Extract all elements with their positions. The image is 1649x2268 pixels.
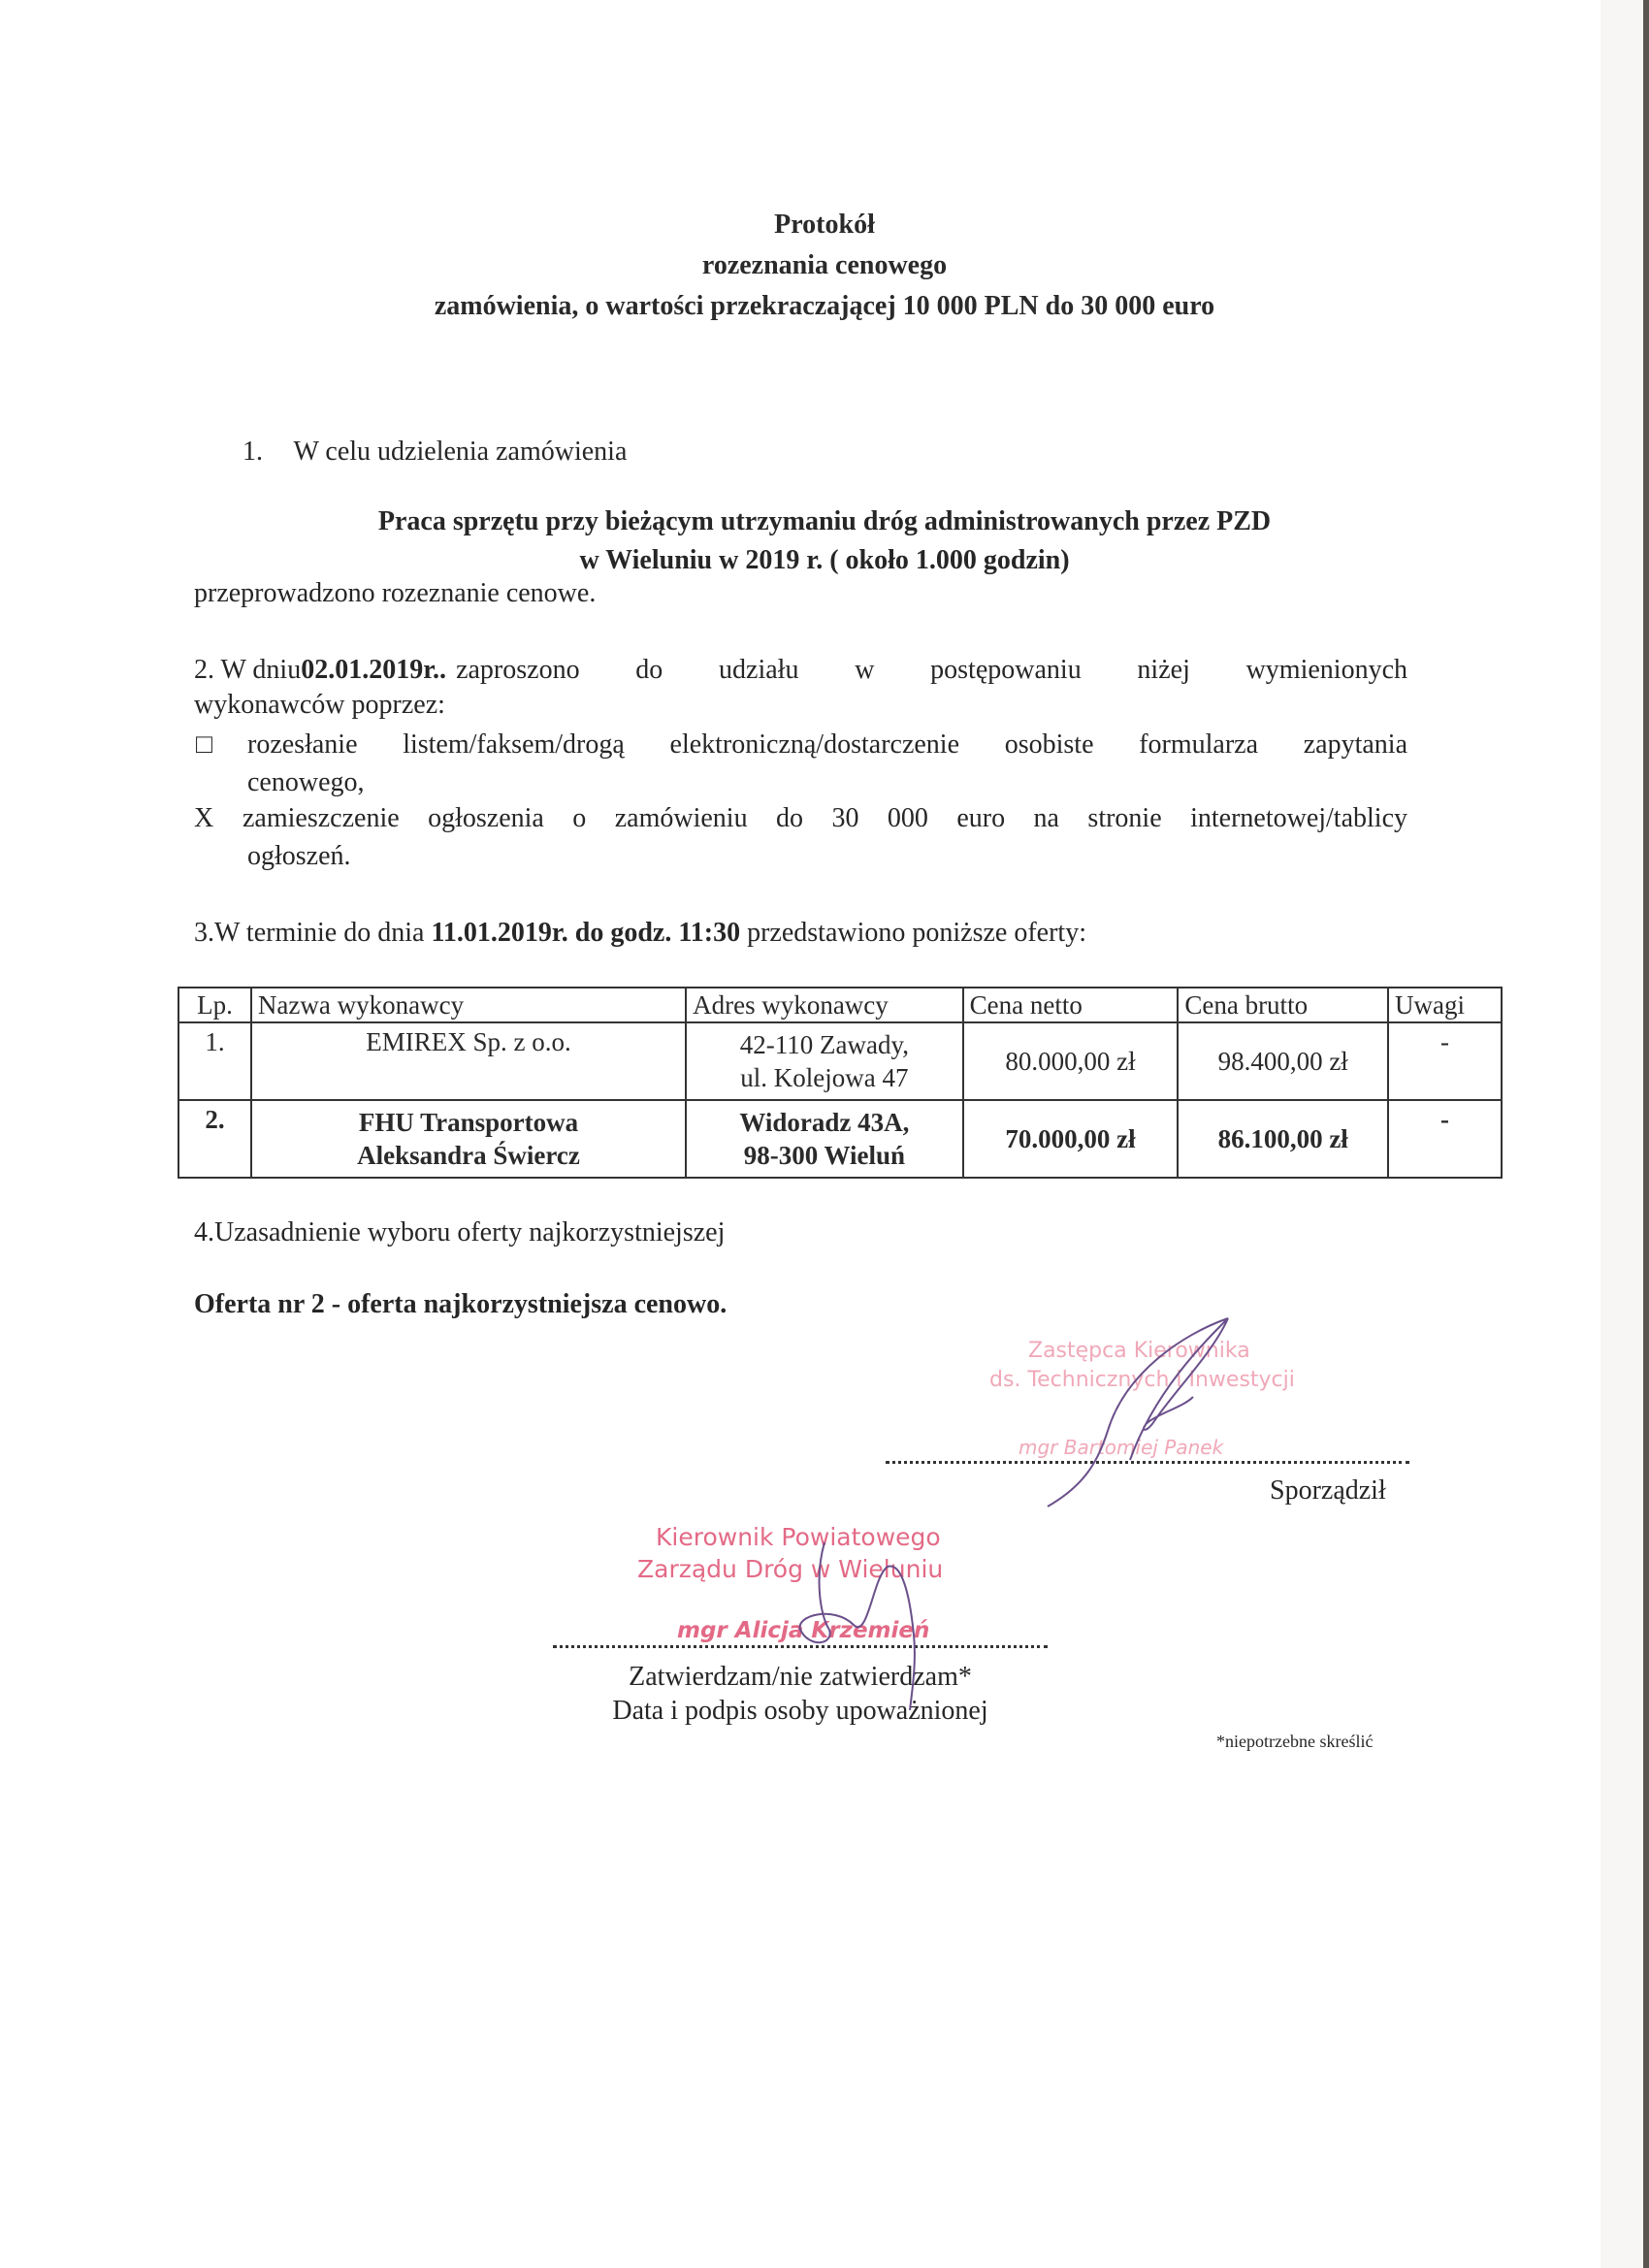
option2-line2: ogłoszeń. <box>247 841 351 872</box>
cell-net-price: 80.000,00 zł <box>963 1022 1179 1100</box>
section3-prefix: 3.W terminie do dnia <box>194 918 424 948</box>
cell-address-line1: Widoradz 43A, <box>693 1106 956 1139</box>
cell-notes: - <box>1388 1100 1502 1178</box>
header-notes: Uwagi <box>1388 988 1502 1022</box>
cell-gross-price: 86.100,00 zł <box>1178 1100 1388 1178</box>
cell-name-line2: Aleksandra Świercz <box>258 1139 679 1172</box>
section4-heading: 4.Uzasadnienie wyboru oferty najkorzystn… <box>194 1217 725 1248</box>
option-unchecked-checkbox: □ <box>196 729 212 761</box>
cell-address-line2: ul. Kolejowa 47 <box>693 1061 956 1094</box>
scan-edge-band <box>1600 0 1644 2268</box>
cell-name-line1: EMIREX Sp. z o.o. <box>258 1025 679 1058</box>
section1-outro: przeprowadzono rozeznanie cenowe. <box>194 578 596 609</box>
offers-table-header: Lp. Nazwa wykonawcy Adres wykonawcy Cena… <box>178 988 1502 1022</box>
option1-line2: cenowego, <box>247 767 365 798</box>
section3-line: 3.W terminie do dnia 11.01.2019r. do god… <box>194 918 1086 949</box>
option-checked-marker: X <box>194 803 213 834</box>
cell-address: Widoradz 43A, 98-300 Wieluń <box>686 1100 963 1178</box>
cell-address: 42-110 Zawady, ul. Kolejowa 47 <box>686 1022 963 1100</box>
footnote: *niepotrzebne skreślić <box>1216 1732 1373 1752</box>
header-net-price: Cena netto <box>963 988 1179 1022</box>
cell-lp: 1. <box>178 1022 251 1100</box>
section2-date: 02.01.2019r.. <box>301 655 446 686</box>
table-row-selected: 2. FHU Transportowa Aleksandra Świercz W… <box>178 1100 1502 1178</box>
section2-line2: wykonawców poprzez: <box>194 690 445 721</box>
section1-subject-line1: Praca sprzętu przy bieżącym utrzymaniu d… <box>0 506 1649 537</box>
section3-deadline: 11.01.2019r. do godz. 11:30 <box>431 918 740 948</box>
cell-net-price: 70.000,00 zł <box>963 1100 1179 1178</box>
option2-line1: zamieszczenie ogłoszenia o zamówieniu do… <box>242 803 1407 834</box>
cell-name-line1: FHU Transportowa <box>258 1106 679 1139</box>
signature-approved <box>795 1538 931 1712</box>
cell-name: EMIREX Sp. z o.o. <box>251 1022 686 1100</box>
prepared-label: Sporządził <box>1270 1475 1386 1507</box>
cell-notes: - <box>1388 1022 1502 1100</box>
section3-suffix: przedstawiono poniższe oferty: <box>747 918 1086 948</box>
table-row: 1. EMIREX Sp. z o.o. 42-110 Zawady, ul. … <box>178 1022 1502 1100</box>
section1-intro: 1. W celu udzielenia zamówienia <box>242 437 627 468</box>
document-title-line2: rozeznania cenowego <box>0 250 1649 281</box>
cell-name: FHU Transportowa Aleksandra Świercz <box>251 1100 686 1178</box>
section2-line1: 2. W dniu 02.01.2019r.. zaproszono do ud… <box>194 655 1407 686</box>
section2-text: zaproszono do udziału w postępowaniu niż… <box>456 655 1407 686</box>
section1-subject-line2: w Wieluniu w 2019 r. ( około 1.000 godzi… <box>0 545 1649 576</box>
document-title-line1: Protokół <box>0 210 1649 241</box>
option1-line1: rozesłanie listem/faksem/drogą elektroni… <box>247 729 1407 761</box>
signature-prepared <box>1038 1314 1242 1508</box>
cell-gross-price: 98.400,00 zł <box>1178 1022 1388 1100</box>
scan-edge-shadow <box>1643 0 1649 2268</box>
header-name: Nazwa wykonawcy <box>251 988 686 1022</box>
offers-table: Lp. Nazwa wykonawcy Adres wykonawcy Cena… <box>178 987 1503 1179</box>
header-gross-price: Cena brutto <box>1178 988 1388 1022</box>
section4-conclusion: Oferta nr 2 - oferta najkorzystniejsza c… <box>194 1289 727 1320</box>
section1-number: 1. <box>242 437 263 467</box>
section2-prefix: 2. W dniu <box>194 655 301 686</box>
cell-lp: 2. <box>178 1100 251 1178</box>
cell-address-line1: 42-110 Zawady, <box>693 1028 956 1061</box>
header-lp: Lp. <box>178 988 251 1022</box>
document-title-line3: zamówienia, o wartości przekraczającej 1… <box>0 291 1649 322</box>
section1-intro-text: W celu udzielenia zamówienia <box>294 437 628 467</box>
cell-address-line2: 98-300 Wieluń <box>693 1139 956 1172</box>
header-address: Adres wykonawcy <box>686 988 963 1022</box>
